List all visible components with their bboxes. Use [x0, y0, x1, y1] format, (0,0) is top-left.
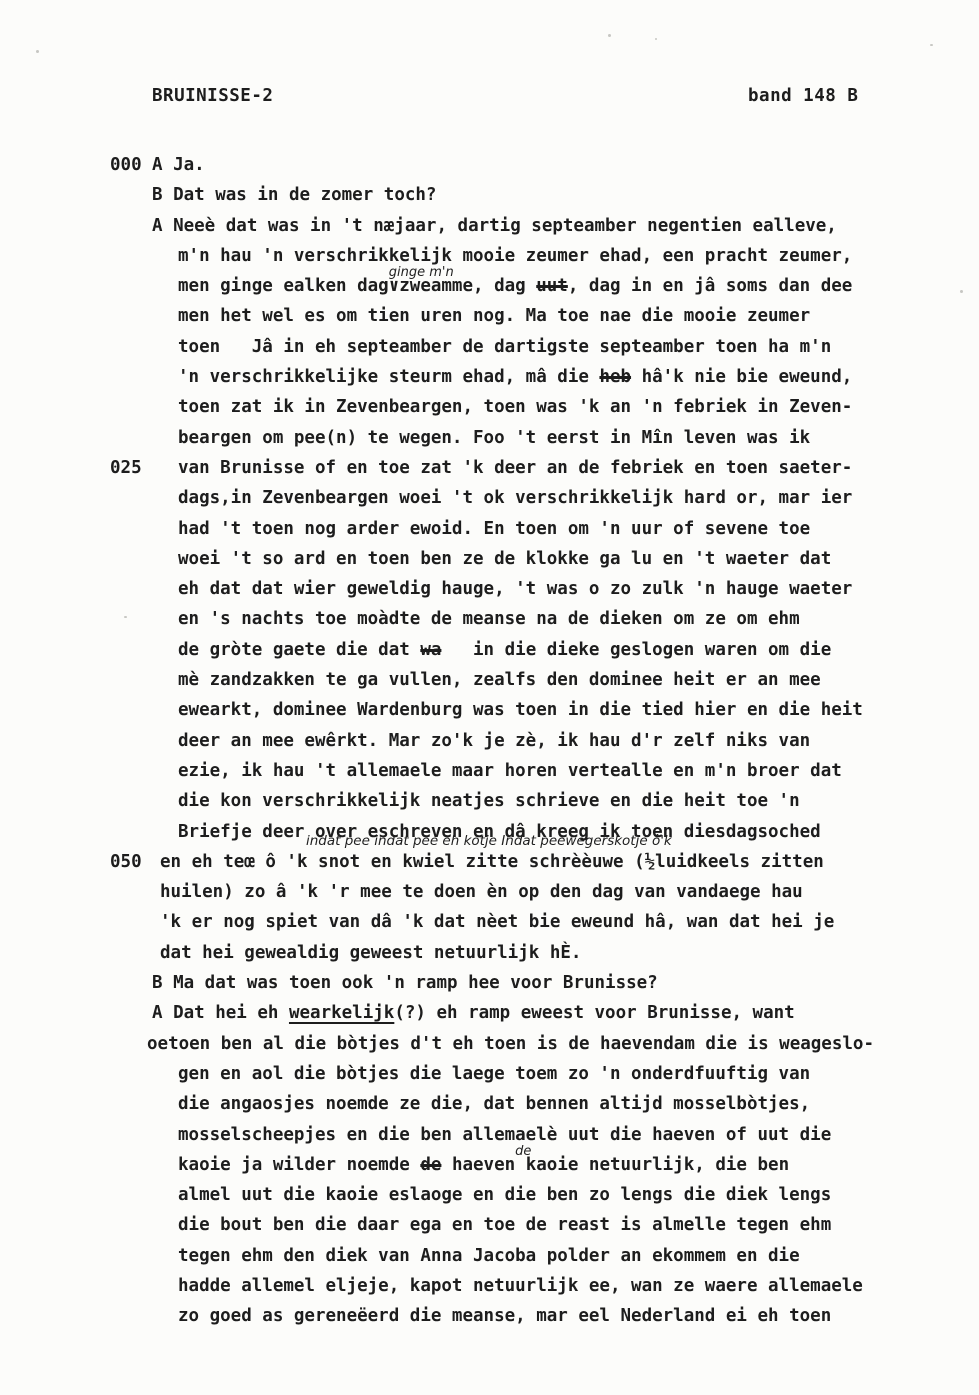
typed-text: beargen om pee(n) te wegen. Foo 't eerst…: [178, 428, 810, 448]
typed-text: men het wel es om tien uren nog. Ma toe …: [178, 306, 810, 326]
line-text: ewearkt, dominee Wardenburg was toen in …: [178, 695, 979, 725]
document-sheet: BRUINISSE-2 band 148 B 000A Ja.B Dat was…: [0, 0, 979, 1395]
line-text: die kon verschrikkelijk neatjes schrieve…: [178, 786, 979, 816]
typed-text: 'n verschrikkelijke steurm ehad, mâ die: [178, 367, 599, 387]
typed-text: de gròte gaete die dat: [178, 640, 420, 660]
line-text: toen zat ik in Zevenbeargen, toen was 'k…: [178, 392, 979, 422]
line-text: B Dat was in de zomer toch?: [152, 180, 979, 210]
typed-text: A Ja.: [152, 155, 205, 175]
typed-text: 'k er nog spiet van dâ 'k dat nèet bie e…: [160, 912, 834, 932]
line-text: woei 't so ard en toen ben ze de klokke …: [178, 544, 979, 574]
page-header: BRUINISSE-2 band 148 B: [0, 86, 979, 110]
line-text: en 's nachts toe moàdte de meanse na de …: [178, 604, 979, 634]
typed-text: woei 't so ard en toen ben ze de klokke …: [178, 549, 831, 569]
typed-text: dat hei gewealdig geweest netuurlijk hÈ.: [160, 943, 581, 963]
struck-text: de: [420, 1155, 441, 1175]
typed-text: in die dieke geslogen waren om die: [441, 640, 831, 660]
line-text: m'n hau 'n verschrikkelijk mooie zeumer …: [178, 241, 979, 271]
transcript-line: B Ma dat was toen ook 'n ramp hee voor B…: [0, 968, 979, 998]
line-text: van Brunisse of en toe zat 'k deer an de…: [178, 453, 979, 483]
typed-text: van Brunisse of en toe zat 'k deer an de…: [178, 458, 852, 478]
line-text: die bout ben die daar ega en toe de reas…: [178, 1210, 979, 1240]
transcript-line: dags,in Zevenbeargen woei 't ok verschri…: [0, 483, 979, 513]
transcript-line: mosselscheepjes en die ben allemaelè uut…: [0, 1120, 979, 1150]
transcript-line: tegen ehm den diek van Anna Jacoba polde…: [0, 1241, 979, 1271]
tape-reference: band 148 B: [748, 86, 858, 106]
transcript-line: had 't toen nog arder ewoid. En toen om …: [0, 514, 979, 544]
line-text: 'n verschrikkelijke steurm ehad, mâ die …: [178, 362, 979, 392]
scan-speck: [608, 34, 611, 37]
transcript-line: gen en aol die bòtjes die laege toem zo …: [0, 1059, 979, 1089]
line-text: 'k er nog spiet van dâ 'k dat nèet bie e…: [160, 907, 979, 937]
typed-text: mosselscheepjes en die ben allemaelè uut…: [178, 1125, 831, 1145]
transcript-line: ezie, ik hau 't allemaele maar horen ver…: [0, 756, 979, 786]
transcript-line: hadde allemel eljeje, kapot netuurlijk e…: [0, 1271, 979, 1301]
typed-text: kaoie ja wilder noemde: [178, 1155, 420, 1175]
typed-text: m'n hau 'n verschrikkelijk mooie zeumer …: [178, 246, 852, 266]
scan-speck: [930, 44, 933, 46]
typed-text: toen Jâ in eh septeamber de dartigste se…: [178, 337, 831, 357]
scan-speck: [655, 38, 657, 40]
transcript-line: men ginge ealken dagginge m'n∨zweamme, d…: [0, 271, 979, 301]
line-text: beargen om pee(n) te wegen. Foo 't eerst…: [178, 423, 979, 453]
transcript-line: 000A Ja.: [0, 150, 979, 180]
typed-text: , dag in en jâ soms dan dee: [568, 276, 852, 296]
typed-text: eh dat dat wier geweldig hauge, 't was o…: [178, 579, 852, 599]
line-text: hadde allemel eljeje, kapot netuurlijk e…: [178, 1271, 979, 1301]
line-text: ezie, ik hau 't allemaele maar horen ver…: [178, 756, 979, 786]
typed-text: had 't toen nog arder ewoid. En toen om …: [178, 519, 810, 539]
line-text: had 't toen nog arder ewoid. En toen om …: [178, 514, 979, 544]
transcript-line: 050en eh teœ ô 'k snot en kwiel zitte sc…: [0, 847, 979, 877]
transcript-line: almel uut die kaoie eslaoge en die ben z…: [0, 1180, 979, 1210]
transcript-line: toen Jâ in eh septeamber de dartigste se…: [0, 332, 979, 362]
line-text: men het wel es om tien uren nog. Ma toe …: [178, 301, 979, 331]
typed-text: en eh teœ ô 'k snot en kwiel zitte schrè…: [160, 852, 824, 872]
transcript-line: dat hei gewealdig geweest netuurlijk hÈ.: [0, 938, 979, 968]
transcript-line: B Dat was in de zomer toch?: [0, 180, 979, 210]
transcript-line: 'n verschrikkelijke steurm ehad, mâ die …: [0, 362, 979, 392]
document-title: BRUINISSE-2: [152, 86, 273, 106]
transcript-body: 000A Ja.B Dat was in de zomer toch?A Nee…: [0, 150, 979, 1332]
transcript-line: huilen) zo â 'k 'r mee te doen èn op den…: [0, 877, 979, 907]
typed-text: huilen) zo â 'k 'r mee te doen èn op den…: [160, 882, 803, 902]
transcript-line: woei 't so ard en toen ben ze de klokke …: [0, 544, 979, 574]
typed-text: die angaosjes noemde ze die, dat bennen …: [178, 1094, 810, 1114]
transcript-line: A Dat hei eh wearkelijk(?) eh ramp ewees…: [0, 998, 979, 1028]
transcript-line: en 's nachts toe moàdte de meanse na de …: [0, 604, 979, 634]
typed-text: mè zandzakken te ga vullen, zealfs den d…: [178, 670, 821, 690]
typed-text: gen en aol die bòtjes die laege toem zo …: [178, 1064, 810, 1084]
line-text: huilen) zo â 'k 'r mee te doen èn op den…: [160, 877, 979, 907]
line-text: dat hei gewealdig geweest netuurlijk hÈ.: [160, 938, 979, 968]
line-text: deer an mee ewêrkt. Mar zo'k je zè, ik h…: [178, 726, 979, 756]
typed-text: toen zat ik in Zevenbeargen, toen was 'k…: [178, 397, 852, 417]
line-text: mè zandzakken te ga vullen, zealfs den d…: [178, 665, 979, 695]
transcript-line: m'n hau 'n verschrikkelijk mooie zeumer …: [0, 241, 979, 271]
line-text: de gròte gaete die dat wa in die dieke g…: [178, 635, 979, 665]
typed-text: zo goed as gereneëerd die meanse, mar ee…: [178, 1306, 831, 1326]
line-text: almel uut die kaoie eslaoge en die ben z…: [178, 1180, 979, 1210]
transcript-line: eh dat dat wier geweldig hauge, 't was o…: [0, 574, 979, 604]
transcript-line: A Neeè dat was in 't næjaar, dartig sept…: [0, 211, 979, 241]
line-text: eh dat dat wier geweldig hauge, 't was o…: [178, 574, 979, 604]
typed-text: en 's nachts toe moàdte de meanse na de …: [178, 609, 800, 629]
line-text: tegen ehm den diek van Anna Jacoba polde…: [178, 1241, 979, 1271]
transcript-line: deer an mee ewêrkt. Mar zo'k je zè, ik h…: [0, 726, 979, 756]
line-text: B Ma dat was toen ook 'n ramp hee voor B…: [152, 968, 979, 998]
transcript-line: men het wel es om tien uren nog. Ma toe …: [0, 301, 979, 331]
typed-text: B Ma dat was toen ook 'n ramp hee voor B…: [152, 973, 658, 993]
typed-text: kaoie netuurlijk, die ben: [515, 1155, 789, 1175]
line-text: A Dat hei eh wearkelijk(?) eh ramp ewees…: [152, 998, 979, 1028]
transcript-line: de gròte gaete die dat wa in die dieke g…: [0, 635, 979, 665]
margin-number: 050: [110, 847, 142, 877]
typed-text: almel uut die kaoie eslaoge en die ben z…: [178, 1185, 831, 1205]
transcript-line: die bout ben die daar ega en toe de reas…: [0, 1210, 979, 1240]
typed-text: hadde allemel eljeje, kapot netuurlijk e…: [178, 1276, 863, 1296]
transcript-line: kaoie ja wilder noemde de haevende kaoie…: [0, 1150, 979, 1180]
margin-number: 025: [110, 453, 142, 483]
transcript-line: die angaosjes noemde ze die, dat bennen …: [0, 1089, 979, 1119]
typed-text: (?) eh ramp eweest voor Brunisse, want: [394, 1003, 794, 1023]
typed-text: men ginge ealken dag: [178, 276, 389, 296]
scan-speck: [36, 50, 39, 53]
underlined-text: wearkelijk: [289, 1003, 394, 1023]
line-text: gen en aol die bòtjes die laege toem zo …: [178, 1059, 979, 1089]
line-text: zo goed as gereneëerd die meanse, mar ee…: [178, 1301, 979, 1331]
typed-text: dags,in Zevenbeargen woei 't ok verschri…: [178, 488, 852, 508]
struck-text: uut: [536, 276, 568, 296]
margin-number: 000: [110, 150, 142, 180]
typed-text: die bout ben die daar ega en toe de reas…: [178, 1215, 831, 1235]
transcript-line: die kon verschrikkelijk neatjes schrieve…: [0, 786, 979, 816]
line-text: toen Jâ in eh septeamber de dartigste se…: [178, 332, 979, 362]
transcript-line: 'k er nog spiet van dâ 'k dat nèet bie e…: [0, 907, 979, 937]
typed-text: oetoen ben al die bòtjes d't eh toen is …: [147, 1034, 874, 1054]
transcript-line: mè zandzakken te ga vullen, zealfs den d…: [0, 665, 979, 695]
typed-text: deer an mee ewêrkt. Mar zo'k je zè, ik h…: [178, 731, 810, 751]
typed-text: hâ'k nie bie eweund,: [631, 367, 852, 387]
line-text: dags,in Zevenbeargen woei 't ok verschri…: [178, 483, 979, 513]
transcript-line: oetoen ben al die bòtjes d't eh toen is …: [0, 1029, 979, 1059]
struck-text: wa: [420, 640, 441, 660]
line-text: mosselscheepjes en die ben allemaelè uut…: [178, 1120, 979, 1150]
typed-text: tegen ehm den diek van Anna Jacoba polde…: [178, 1246, 800, 1266]
transcript-line: beargen om pee(n) te wegen. Foo 't eerst…: [0, 423, 979, 453]
typed-text: ezie, ik hau 't allemaele maar horen ver…: [178, 761, 842, 781]
transcript-line: ewearkt, dominee Wardenburg was toen in …: [0, 695, 979, 725]
line-text: A Neeè dat was in 't næjaar, dartig sept…: [152, 211, 979, 241]
line-text: en eh teœ ô 'k snot en kwiel zitte schrè…: [160, 847, 979, 877]
line-text: oetoen ben al die bòtjes d't eh toen is …: [147, 1029, 979, 1059]
line-text: men ginge ealken dagginge m'n∨zweamme, d…: [178, 271, 979, 303]
transcript-line: toen zat ik in Zevenbeargen, toen was 'k…: [0, 392, 979, 422]
typed-text: haeven: [441, 1155, 515, 1175]
typed-text: A Dat hei eh: [152, 1003, 289, 1023]
line-text: A Ja.: [152, 150, 979, 180]
typed-text: die kon verschrikkelijk neatjes schrieve…: [178, 791, 800, 811]
typed-text: B Dat was in de zomer toch?: [152, 185, 436, 205]
typed-text: ewearkt, dominee Wardenburg was toen in …: [178, 700, 863, 720]
transcript-line: zo goed as gereneëerd die meanse, mar ee…: [0, 1301, 979, 1331]
line-text: die angaosjes noemde ze die, dat bennen …: [178, 1089, 979, 1119]
line-text: kaoie ja wilder noemde de haevende kaoie…: [178, 1150, 979, 1182]
struck-text: heb: [599, 367, 631, 387]
transcript-line: 025van Brunisse of en toe zat 'k deer an…: [0, 453, 979, 483]
typed-text: A Neeè dat was in 't næjaar, dartig sept…: [152, 216, 837, 236]
